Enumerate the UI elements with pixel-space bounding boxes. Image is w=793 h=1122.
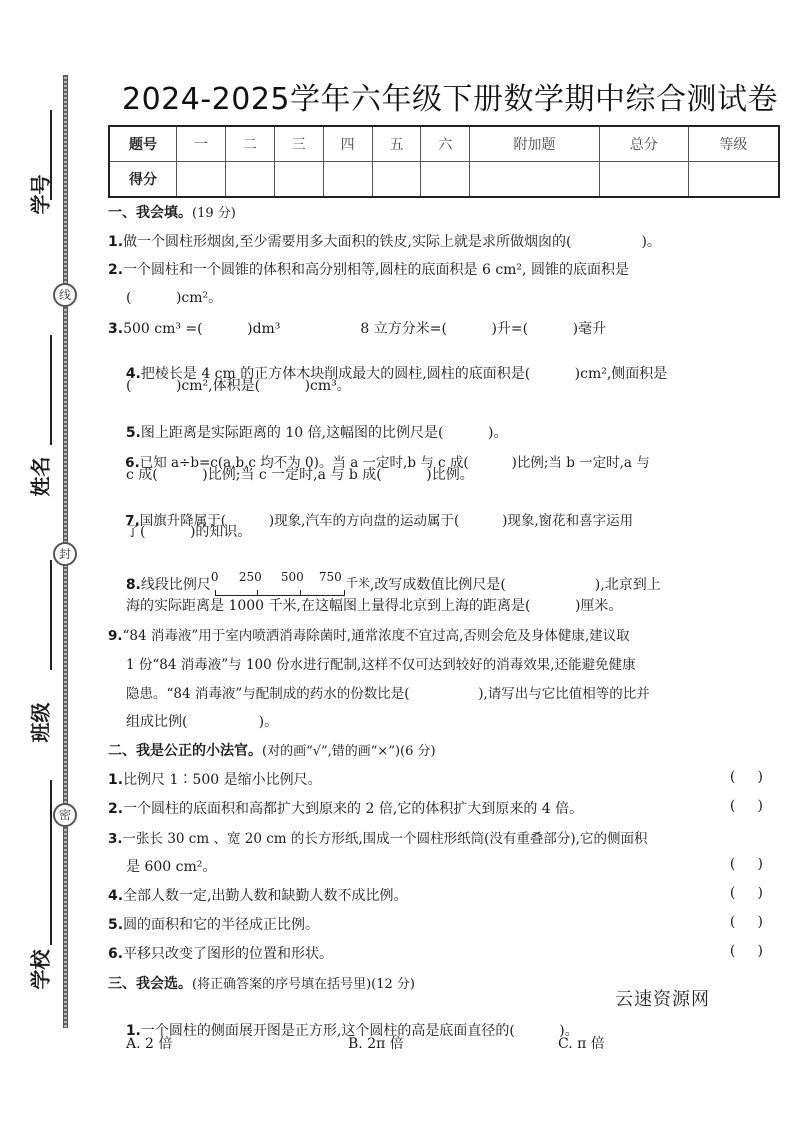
binding-margin: 学号 线 姓名 封 班级 密 学校: [0, 0, 100, 1122]
seal-feng-icon: 封: [53, 542, 77, 566]
question-1-2-line2: ( )cm²。: [126, 287, 222, 307]
column-header: 五: [372, 126, 421, 162]
score-table: 题号 一 二 三 四 五 六 附加题 总分 等级 得分: [108, 125, 780, 198]
judge-item-3: 3.一张长 30 cm 、宽 20 cm 的长方形纸,围成一个圆柱形纸筒(没有重…: [108, 827, 647, 847]
question-number: 3.: [108, 321, 123, 337]
school-label: 学校: [25, 960, 54, 990]
question-text: ,改写成数值比例尺是( ),北京到上: [370, 577, 661, 593]
question-number: 1.: [108, 234, 123, 250]
question-text: 圆的面积和它的半径成正比例。: [123, 917, 319, 933]
question-1-3: 3.500 cm³ =( )dm³8 立方分米=( )升=( )毫升: [108, 318, 606, 338]
row-header-question-number: 题号: [109, 126, 177, 162]
column-header: 一: [177, 126, 226, 162]
answer-paren[interactable]: ( ): [730, 798, 763, 814]
score-cell[interactable]: [372, 162, 421, 198]
answer-paren[interactable]: ( ): [730, 856, 763, 872]
question-number: 5.: [108, 917, 123, 933]
section-2-heading: 二、我是公正的小法官。(对的画“√”,错的画“×”)(6 分): [108, 740, 436, 760]
score-cell[interactable]: [599, 162, 688, 198]
question-1-9-line3: 隐患。“84 消毒液”与配制成的药水的份数比是( ),请写出与它比值相等的比并: [126, 682, 650, 702]
question-text: “84 消毒液”用于室内喷洒消毒除菌时,通常浓度不宜过高,否则会危及身体健康,建…: [123, 628, 630, 644]
question-number: 2.: [108, 801, 123, 817]
scale-tick-label: 0: [211, 570, 219, 584]
question-number: 4.: [108, 888, 123, 904]
question-text-part2: 8 立方分米=( )升=( )毫升: [360, 321, 606, 337]
choice-option-a[interactable]: A. 2 倍: [126, 1033, 172, 1053]
judge-item-5: 5.圆的面积和它的半径成正比例。 ( ): [108, 914, 773, 934]
question-1-9: 9.“84 消毒液”用于室内喷洒消毒除菌时,通常浓度不宜过高,否则会危及身体健康…: [108, 624, 630, 644]
question-1-9-line4: 组成比例( )。: [126, 711, 278, 731]
question-text-part1: 500 cm³ =( )dm³: [123, 321, 280, 337]
column-header: 三: [274, 126, 323, 162]
column-header: 二: [225, 126, 274, 162]
question-number: 1.: [108, 772, 123, 788]
question-text: 一张长 30 cm 、宽 20 cm 的长方形纸,围成一个圆柱形纸筒(没有重叠部…: [123, 831, 648, 847]
section-3-title: 三、我会选。: [108, 976, 192, 992]
name-underline: [50, 335, 52, 445]
question-text: 一个圆柱和一个圆锥的体积和高分别相等,圆柱的底面积是 6 cm², 圆锥的底面积…: [123, 262, 629, 278]
section-3-heading: 三、我会选。(将正确答案的序号填在括号里)(12 分): [108, 973, 415, 993]
judge-item-2: 2.一个圆柱的底面积和高都扩大到原来的 2 倍,它的体积扩大到原来的 4 倍。 …: [108, 798, 773, 818]
score-cell[interactable]: [421, 162, 470, 198]
score-cell[interactable]: [323, 162, 372, 198]
question-text: 平移只改变了图形的位置和形状。: [123, 946, 333, 962]
answer-paren[interactable]: ( ): [730, 769, 763, 785]
question-text: 全部人数一定,出勤人数和缺勤人数不成比例。: [123, 888, 407, 904]
choice-option-c[interactable]: C. π 倍: [558, 1033, 605, 1053]
page-title: 2024-2025学年六年级下册数学期中综合测试卷: [110, 74, 790, 118]
question-number: 2.: [108, 262, 123, 278]
question-1-7-line2: 了( )的知识。: [126, 521, 251, 541]
answer-paren[interactable]: ( ): [730, 885, 763, 901]
question-1-8-line2: 海的实际距离是 1000 千米,在这幅图上量得北京到上海的距离是( )厘米。: [126, 595, 622, 615]
question-text-end: )。: [641, 234, 660, 250]
score-cell[interactable]: [688, 162, 779, 198]
column-header: 六: [421, 126, 470, 162]
seal-xian-icon: 线: [53, 283, 77, 307]
line-segment-scale-bar: 0 250 500 750: [211, 574, 346, 596]
question-number: 8.: [126, 577, 141, 593]
question-text: 是 600 cm²。: [126, 859, 216, 875]
question-text: 比例尺 1∶500 是缩小比例尺。: [123, 772, 322, 788]
choice-question-1: 1.一个圆柱的侧面展开图是正方形,这个圆柱的高是底面直径的( )。: [108, 1004, 579, 1056]
scale-tick-label: 500: [281, 570, 304, 584]
column-header: 附加题: [470, 126, 599, 162]
section-2-note: (对的画“√”,错的画“×”)(6 分): [262, 744, 436, 759]
seal-mi-icon: 密: [53, 803, 77, 827]
class-label: 班级: [25, 713, 54, 743]
question-1-9-line2: 1 份“84 消毒液”与 100 份水进行配制,这样不仅可达到较好的消毒效果,还…: [126, 653, 636, 673]
question-1-1: 1.做一个圆柱形烟囱,至少需要用多大面积的铁皮,实际上就是求所做烟囱的()。: [108, 231, 661, 251]
score-cell[interactable]: [225, 162, 274, 198]
question-1-2: 2.一个圆柱和一个圆锥的体积和高分别相等,圆柱的底面积是 6 cm², 圆锥的底…: [108, 259, 629, 279]
judge-item-1: 1.比例尺 1∶500 是缩小比例尺。 ( ): [108, 769, 773, 789]
watermark: 云速资源网: [615, 985, 710, 1011]
question-text: 一个圆柱的底面积和高都扩大到原来的 2 倍,它的体积扩大到原来的 4 倍。: [123, 801, 583, 817]
student-id-label: 学号: [25, 185, 54, 215]
column-header: 等级: [688, 126, 779, 162]
answer-paren[interactable]: ( ): [730, 943, 763, 959]
question-1-6-line2: c 成( )比例;当 c 一定时,a 与 b 成( )比例。: [126, 464, 474, 484]
scale-tick-label: 750: [319, 570, 342, 584]
row-header-score: 得分: [109, 162, 177, 198]
question-number: 6.: [108, 946, 123, 962]
question-number: 9.: [108, 628, 123, 644]
answer-paren[interactable]: ( ): [730, 914, 763, 930]
class-underline: [50, 560, 52, 670]
section-1-points: (19 分): [192, 206, 236, 221]
school-underline: [50, 780, 52, 945]
judge-item-4: 4.全部人数一定,出勤人数和缺勤人数不成比例。 ( ): [108, 885, 773, 905]
section-3-note: (将正确答案的序号填在括号里)(12 分): [192, 977, 415, 992]
question-text: 线段比例尺: [141, 577, 211, 593]
score-cell[interactable]: [274, 162, 323, 198]
section-1-title: 一、我会填。: [108, 205, 192, 221]
question-number: 3.: [108, 831, 123, 847]
choice-option-b[interactable]: B. 2π 倍: [348, 1033, 404, 1053]
score-cell[interactable]: [470, 162, 599, 198]
column-header: 四: [323, 126, 372, 162]
question-1-4-line2: ( )cm²,体积是( )cm³。: [126, 375, 351, 395]
score-table-header-row: 题号 一 二 三 四 五 六 附加题 总分 等级: [109, 126, 779, 162]
score-cell[interactable]: [177, 162, 226, 198]
question-text: 做一个圆柱形烟囱,至少需要用多大面积的铁皮,实际上就是求所做烟囱的(: [123, 234, 571, 250]
section-1-heading: 一、我会填。(19 分): [108, 202, 236, 222]
score-table-score-row: 得分: [109, 162, 779, 198]
section-2-title: 二、我是公正的小法官。: [108, 743, 262, 759]
name-label: 姓名: [25, 467, 54, 497]
judge-item-6: 6.平移只改变了图形的位置和形状。 ( ): [108, 943, 773, 963]
scale-unit: 千米: [346, 576, 370, 590]
column-header: 总分: [599, 126, 688, 162]
judge-item-3-line2: 是 600 cm²。 ( ): [108, 856, 773, 876]
scale-tick-label: 250: [239, 570, 262, 584]
